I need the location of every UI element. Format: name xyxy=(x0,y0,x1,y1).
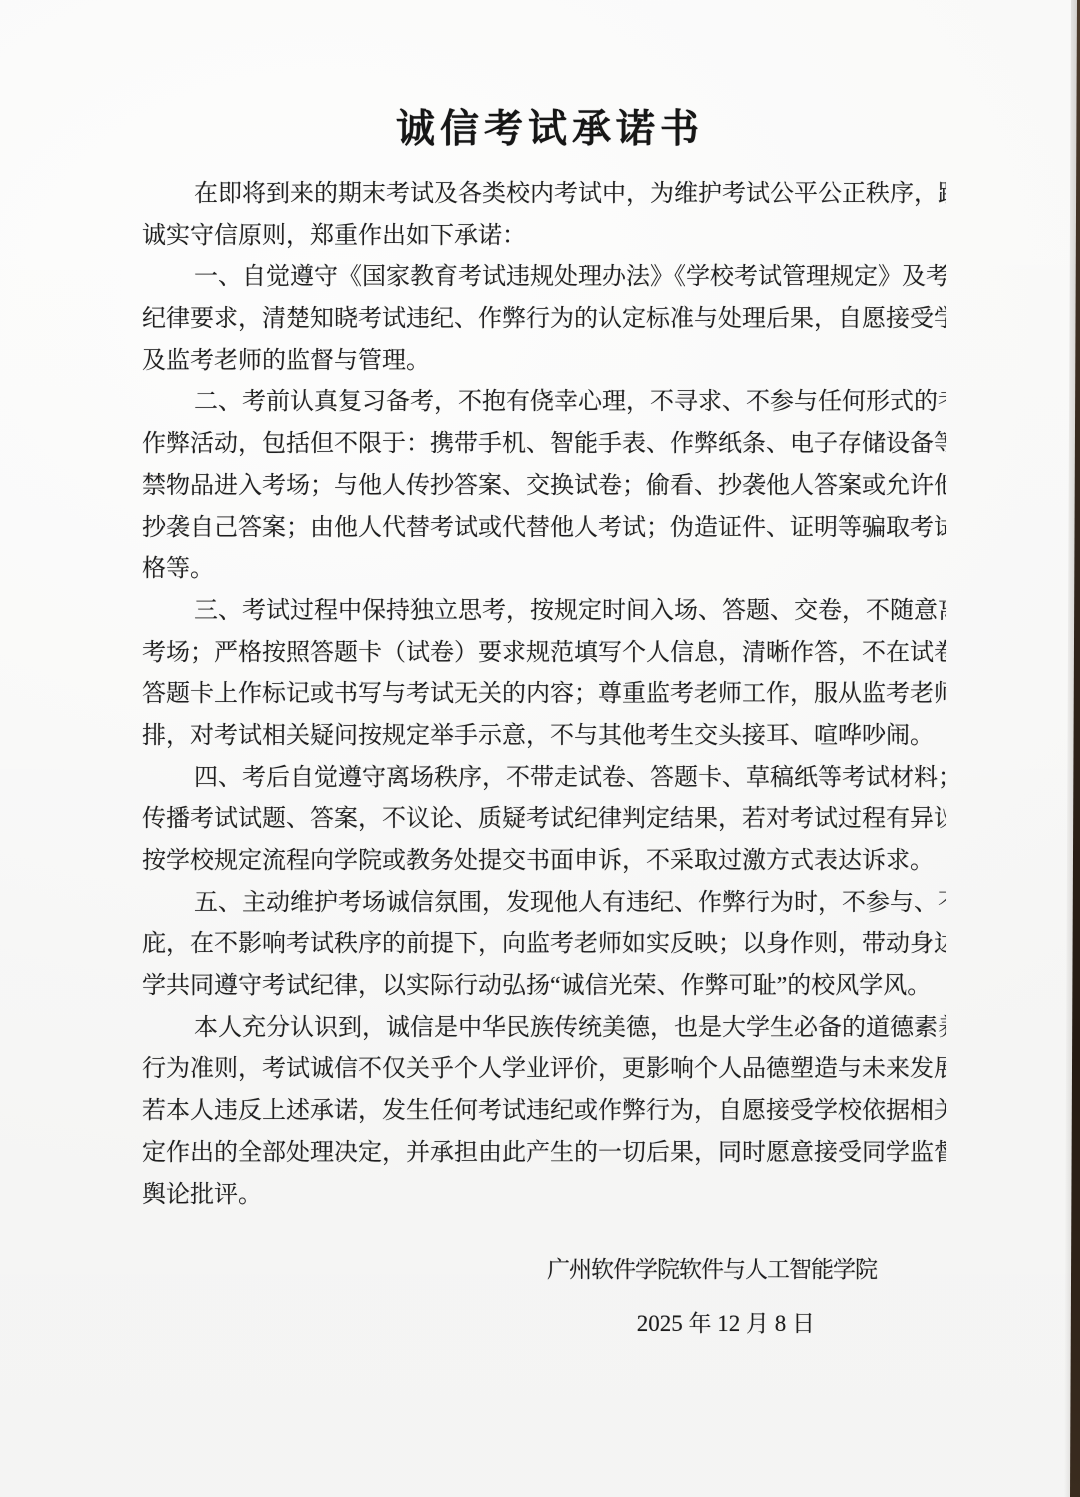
date-line: 2025 年 12 月 8 日 xyxy=(637,1306,815,1342)
document-line: 传播考试试题、答案，不议论、质疑考试纪律判定结果，若对考试过程有异议， xyxy=(142,799,946,841)
paragraph: 二、考前认真复习备考，不抱有侥幸心理，不寻求、不参与任何形式的考试作弊活动，包括… xyxy=(142,382,946,590)
document-line: 抄袭自己答案；由他人代替考试或代替他人考试；伪造证件、证明等骗取考试资 xyxy=(142,508,946,550)
paragraph: 一、自觉遵守《国家教育考试违规处理办法》《学校考试管理规定》及考场纪律要求，清楚… xyxy=(142,257,946,382)
document-line: 庇，在不影响考试秩序的前提下，向监考老师如实反映；以身作则，带动身边同 xyxy=(142,924,946,966)
document-line: 排，对考试相关疑问按规定举手示意，不与其他考生交头接耳、喧哗吵闹。 xyxy=(142,716,946,758)
scanned-document-page: 诚信考试承诺书 在即将到来的期末考试及各类校内考试中，为维护考试公平公正秩序，践… xyxy=(0,0,1080,1497)
document-line: 在即将到来的期末考试及各类校内考试中，为维护考试公平公正秩序，践行 xyxy=(142,174,946,216)
document-line: 舆论批评。 xyxy=(142,1175,946,1217)
document-line: 诚实守信原则，郑重作出如下承诺： xyxy=(142,216,946,258)
scan-edge-artifact xyxy=(1068,0,1080,1497)
paragraph: 在即将到来的期末考试及各类校内考试中，为维护考试公平公正秩序，践行诚实守信原则，… xyxy=(142,174,946,257)
paragraph: 四、考后自觉遵守离场秩序，不带走试卷、答题卡、草稿纸等考试材料；不传播考试试题、… xyxy=(142,758,946,883)
paragraph: 本人充分认识到，诚信是中华民族传统美德，也是大学生必备的道德素养与行为准则，考试… xyxy=(142,1008,946,1216)
paragraph: 五、主动维护考场诚信氛围，发现他人有违纪、作弊行为时，不参与、不包庇，在不影响考… xyxy=(142,883,946,1008)
document-line: 若本人违反上述承诺，发生任何考试违纪或作弊行为，自愿接受学校依据相关规 xyxy=(142,1091,946,1133)
document-line: 行为准则，考试诚信不仅关乎个人学业评价，更影响个人品德塑造与未来发展。 xyxy=(142,1049,946,1091)
document-line: 四、考后自觉遵守离场秩序，不带走试卷、答题卡、草稿纸等考试材料；不 xyxy=(142,758,946,800)
document-title: 诚信考试承诺书 xyxy=(0,104,1080,156)
document-line: 禁物品进入考场；与他人传抄答案、交换试卷；偷看、抄袭他人答案或允许他人 xyxy=(142,466,946,508)
document-line: 答题卡上作标记或书写与考试无关的内容；尊重监考老师工作，服从监考老师安 xyxy=(142,674,946,716)
document-line: 考场；严格按照答题卡（试卷）要求规范填写个人信息，清晰作答，不在试卷、 xyxy=(142,633,946,675)
document-line: 五、主动维护考场诚信氛围，发现他人有违纪、作弊行为时，不参与、不包 xyxy=(142,883,946,925)
document-line: 三、考试过程中保持独立思考，按规定时间入场、答题、交卷，不随意离开 xyxy=(142,591,946,633)
document-line: 作弊活动，包括但不限于：携带手机、智能手表、作弊纸条、电子存储设备等违 xyxy=(142,424,946,466)
document-line: 按学校规定流程向学院或教务处提交书面申诉，不采取过激方式表达诉求。 xyxy=(142,841,946,883)
document-line: 本人充分认识到，诚信是中华民族传统美德，也是大学生必备的道德素养与 xyxy=(142,1008,946,1050)
document-line: 学共同遵守考试纪律，以实际行动弘扬“诚信光荣、作弊可耻”的校风学风。 xyxy=(142,966,946,1008)
paragraph: 三、考试过程中保持独立思考，按规定时间入场、答题、交卷，不随意离开考场；严格按照… xyxy=(142,591,946,758)
document-line: 格等。 xyxy=(142,549,946,591)
document-line: 纪律要求，清楚知晓考试违纪、作弊行为的认定标准与处理后果，自愿接受学校 xyxy=(142,299,946,341)
document-line: 定作出的全部处理决定，并承担由此产生的一切后果，同时愿意接受同学监督与 xyxy=(142,1133,946,1175)
document-line: 一、自觉遵守《国家教育考试违规处理办法》《学校考试管理规定》及考场 xyxy=(142,257,946,299)
document-body: 在即将到来的期末考试及各类校内考试中，为维护考试公平公正秩序，践行诚实守信原则，… xyxy=(142,174,946,1216)
document-line: 二、考前认真复习备考，不抱有侥幸心理，不寻求、不参与任何形式的考试 xyxy=(142,382,946,424)
document-line: 及监考老师的监督与管理。 xyxy=(142,341,946,383)
signature-line: 广州软件学院软件与人工智能学院 xyxy=(547,1252,877,1288)
